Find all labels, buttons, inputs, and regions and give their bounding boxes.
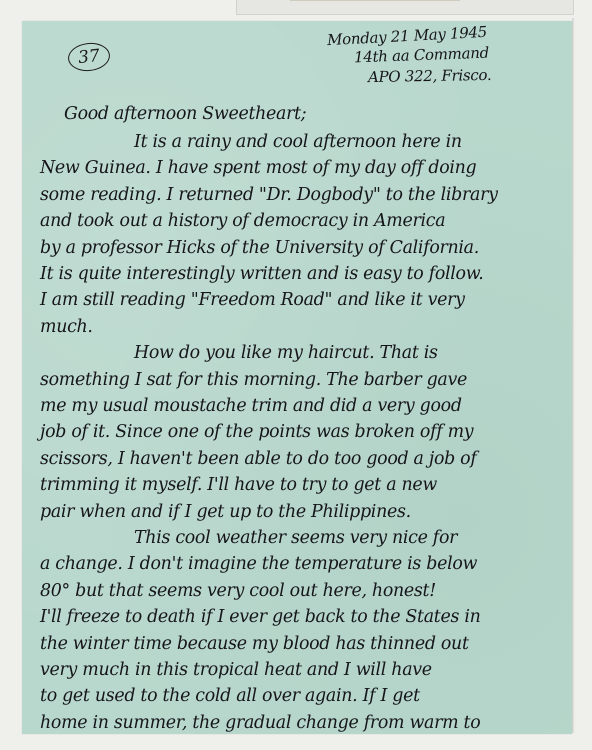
letter-line: and took out a history of democracy in A… bbox=[40, 211, 445, 231]
letter-line: something I sat for this morning. The ba… bbox=[40, 370, 467, 390]
letter-line: some reading. I returned "Dr. Dogbody" t… bbox=[40, 185, 498, 205]
letter-line: a change. I don't imagine the temperatur… bbox=[40, 554, 477, 574]
paper-shadow bbox=[572, 18, 575, 733]
letter-line: trimming it myself. I'll have to try to … bbox=[40, 475, 437, 495]
salutation: Good afternoon Sweetheart; bbox=[64, 104, 306, 124]
page-number-circle: 37 bbox=[67, 41, 112, 73]
letter-line: home in summer, the gradual change from … bbox=[40, 713, 480, 733]
letter-address: APO 322, Frisco. bbox=[368, 66, 492, 86]
letter-line: very much in this tropical heat and I wi… bbox=[40, 660, 432, 680]
letter-line: job of it. Since one of the points was b… bbox=[40, 422, 473, 442]
letter-line: I am still reading "Freedom Road" and li… bbox=[40, 290, 465, 310]
letter-line: 80° but that seems very cool out here, h… bbox=[40, 581, 436, 601]
page-number: 37 bbox=[77, 46, 101, 68]
letter-line: me my usual moustache trim and did a ver… bbox=[40, 396, 462, 416]
letter-line: How do you like my haircut. That is bbox=[134, 343, 438, 363]
letter-line: by a professor Hicks of the University o… bbox=[40, 238, 479, 258]
letter-unit: 14th aa Command bbox=[354, 44, 489, 67]
letter-line: It is a rainy and cool afternoon here in bbox=[134, 132, 462, 152]
mounting-mat bbox=[236, 0, 574, 15]
letter-sheet: 37 Monday 21 May 1945 14th aa Command AP… bbox=[22, 21, 572, 734]
letter-line: to get used to the cold all over again. … bbox=[40, 686, 420, 706]
letter-line: much. bbox=[40, 317, 93, 337]
letter-line: I'll freeze to death if I ever get back … bbox=[40, 607, 481, 627]
letter-line: This cool weather seems very nice for bbox=[134, 528, 457, 548]
letter-line: pair when and if I get up to the Philipp… bbox=[40, 502, 411, 522]
letter-line: the winter time because my blood has thi… bbox=[40, 634, 469, 654]
mat-edge bbox=[290, 0, 460, 1]
letter-line: New Guinea. I have spent most of my day … bbox=[40, 158, 476, 178]
letter-line: It is quite interestingly written and is… bbox=[40, 264, 483, 284]
letter-line: scissors, I haven't been able to do too … bbox=[40, 449, 476, 469]
